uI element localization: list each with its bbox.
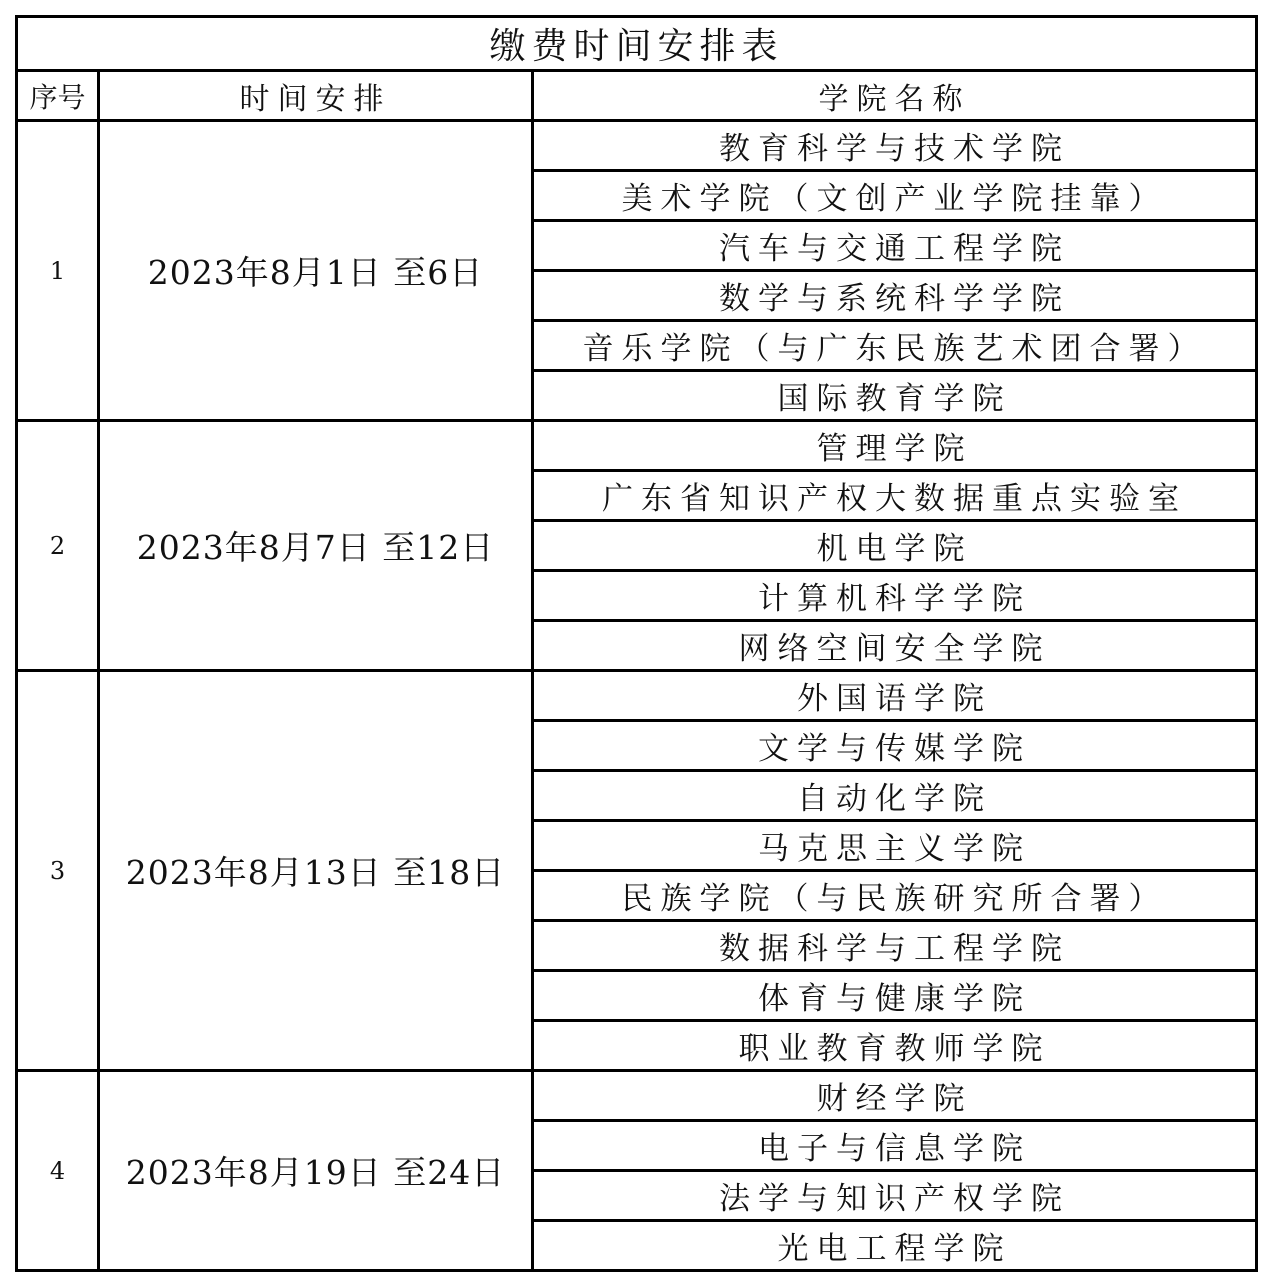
college-name: 职业教育教师学院 (533, 1021, 1257, 1071)
header-index: 序号 (17, 71, 99, 121)
college-name: 管理学院 (533, 421, 1257, 471)
group-period: 2023年8月19日 至24日 (99, 1071, 533, 1271)
college-name: 计算机科学学院 (533, 571, 1257, 621)
group-index: 1 (17, 121, 99, 421)
college-name: 美术学院（文创产业学院挂靠） (533, 171, 1257, 221)
table-row: 4 2023年8月19日 至24日 财经学院 (17, 1071, 1257, 1121)
group-period: 2023年8月7日 至12日 (99, 421, 533, 671)
table-row: 3 2023年8月13日 至18日 外国语学院 (17, 671, 1257, 721)
college-name: 马克思主义学院 (533, 821, 1257, 871)
college-name: 文学与传媒学院 (533, 721, 1257, 771)
group-period: 2023年8月13日 至18日 (99, 671, 533, 1071)
group-index: 2 (17, 421, 99, 671)
college-name: 财经学院 (533, 1071, 1257, 1121)
college-name: 汽车与交通工程学院 (533, 221, 1257, 271)
college-name: 教育科学与技术学院 (533, 121, 1257, 171)
college-name: 广东省知识产权大数据重点实验室 (533, 471, 1257, 521)
college-name: 数据科学与工程学院 (533, 921, 1257, 971)
college-name: 法学与知识产权学院 (533, 1171, 1257, 1221)
college-name: 民族学院（与民族研究所合署） (533, 871, 1257, 921)
college-name: 外国语学院 (533, 671, 1257, 721)
college-name: 机电学院 (533, 521, 1257, 571)
group-period: 2023年8月1日 至6日 (99, 121, 533, 421)
table-row: 2 2023年8月7日 至12日 管理学院 (17, 421, 1257, 471)
college-name: 网络空间安全学院 (533, 621, 1257, 671)
college-name: 自动化学院 (533, 771, 1257, 821)
college-name: 音乐学院（与广东民族艺术团合署） (533, 321, 1257, 371)
college-name: 数学与系统科学学院 (533, 271, 1257, 321)
table-row: 1 2023年8月1日 至6日 教育科学与技术学院 (17, 121, 1257, 171)
header-college: 学院名称 (533, 71, 1257, 121)
college-name: 光电工程学院 (533, 1221, 1257, 1271)
title-row: 缴费时间安排表 (17, 17, 1257, 71)
college-name: 体育与健康学院 (533, 971, 1257, 1021)
header-time: 时间安排 (99, 71, 533, 121)
group-index: 3 (17, 671, 99, 1071)
college-name: 电子与信息学院 (533, 1121, 1257, 1171)
table-title: 缴费时间安排表 (17, 17, 1257, 71)
group-index: 4 (17, 1071, 99, 1271)
payment-schedule-table: 缴费时间安排表 序号 时间安排 学院名称 1 2023年8月1日 至6日 教育科… (15, 15, 1258, 1272)
college-name: 国际教育学院 (533, 371, 1257, 421)
header-row: 序号 时间安排 学院名称 (17, 71, 1257, 121)
